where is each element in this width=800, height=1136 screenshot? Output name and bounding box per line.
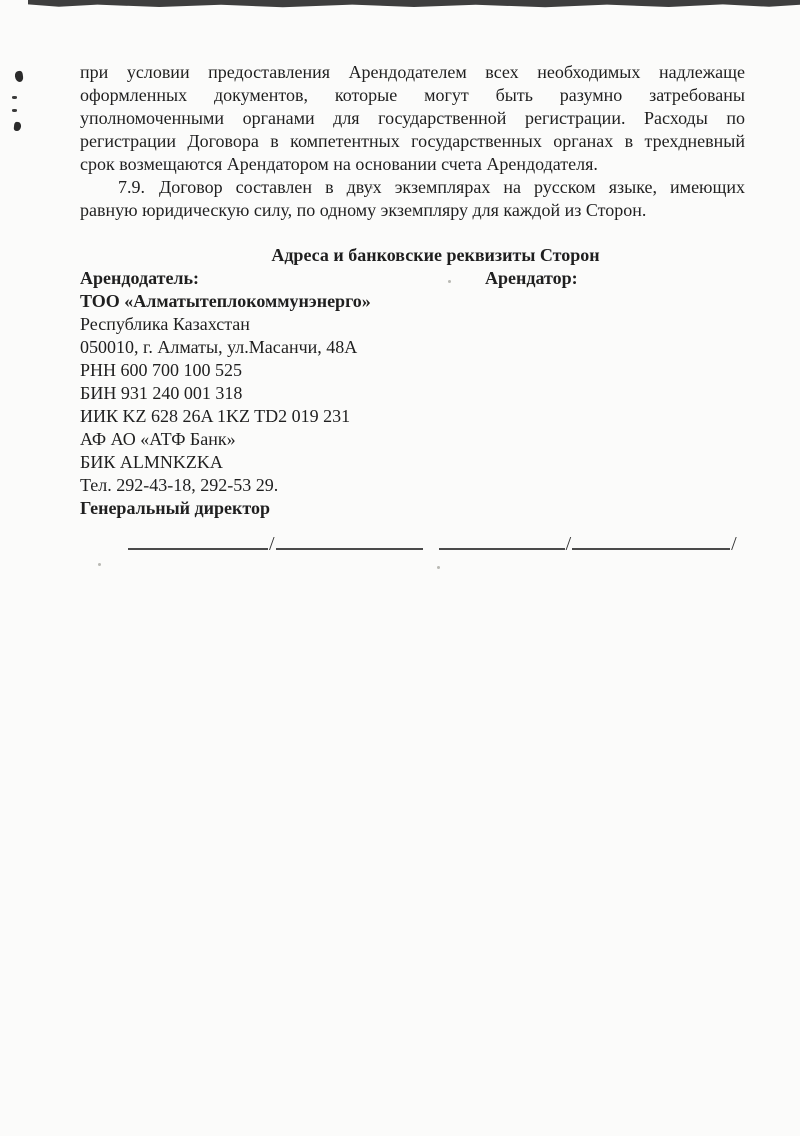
party-roles-row: Арендодатель: Арендатор: (80, 267, 745, 290)
landlord-detail-line: АФ АО «АТФ Банк» (80, 428, 745, 451)
signature-slash: / (268, 535, 276, 553)
contract-text-block: при условии предоставления Арендодателем… (80, 61, 745, 520)
landlord-detail-line: БИН 931 240 001 318 (80, 382, 745, 405)
signature-line (276, 545, 423, 550)
landlord-detail-line: Республика Казахстан (80, 313, 745, 336)
scan-artifact-mark (14, 70, 23, 82)
clause-number: 7.9. (118, 176, 145, 199)
signature-line (572, 545, 730, 550)
signature-slash: / (565, 535, 573, 553)
landlord-detail-line: 050010, г. Алматы, ул.Масанчи, 48А (80, 336, 745, 359)
scan-edge-artifact (28, 0, 800, 8)
signature-lines-row: / // (128, 526, 738, 550)
scanned-contract-page: при условии предоставления Арендодателем… (0, 0, 800, 1136)
scan-artifact-mark (14, 122, 22, 132)
requisites-heading: Адреса и банковские реквизиты Сторон (103, 244, 768, 267)
clause-7-9-line: равную юридическую силу, по одному экзем… (80, 199, 745, 222)
tenant-role-label: Арендатор: (485, 267, 578, 290)
scan-artifact-mark (12, 96, 17, 99)
landlord-role-label: Арендодатель: (80, 268, 199, 288)
clause-7-8-line: регистрации Договора в компетентных госу… (80, 130, 745, 153)
scan-artifact-mark (12, 109, 17, 112)
scan-speck (437, 566, 440, 569)
signature-line (439, 545, 565, 550)
clause-7-8-line: срок возмещаются Арендатором на основани… (80, 153, 745, 176)
signature-slash: / (730, 535, 738, 553)
clause-7-9-first-line: 7.9.Договор составлен в двух экземплярах… (80, 176, 745, 199)
scan-speck (98, 563, 101, 566)
landlord-detail-line: ИИК KZ 628 26A 1KZ TD2 019 231 (80, 405, 745, 428)
landlord-signatory-title: Генеральный директор (80, 497, 745, 520)
clause-7-8-line: уполномоченными органами для государстве… (80, 107, 745, 130)
landlord-detail-line: РНН 600 700 100 525 (80, 359, 745, 382)
clause-7-9-text: Договор составлен в двух экземплярах на … (159, 177, 745, 197)
clause-7-8-line: оформленных документов, которые могут бы… (80, 84, 745, 107)
landlord-detail-line: Тел. 292-43-18, 292-53 29. (80, 474, 745, 497)
landlord-detail-line: БИК ALMNKZKA (80, 451, 745, 474)
signature-line (128, 545, 268, 550)
clause-7-8-line: при условии предоставления Арендодателем… (80, 61, 745, 84)
landlord-company-name: ТОО «Алматытеплокоммунэнерго» (80, 290, 745, 313)
